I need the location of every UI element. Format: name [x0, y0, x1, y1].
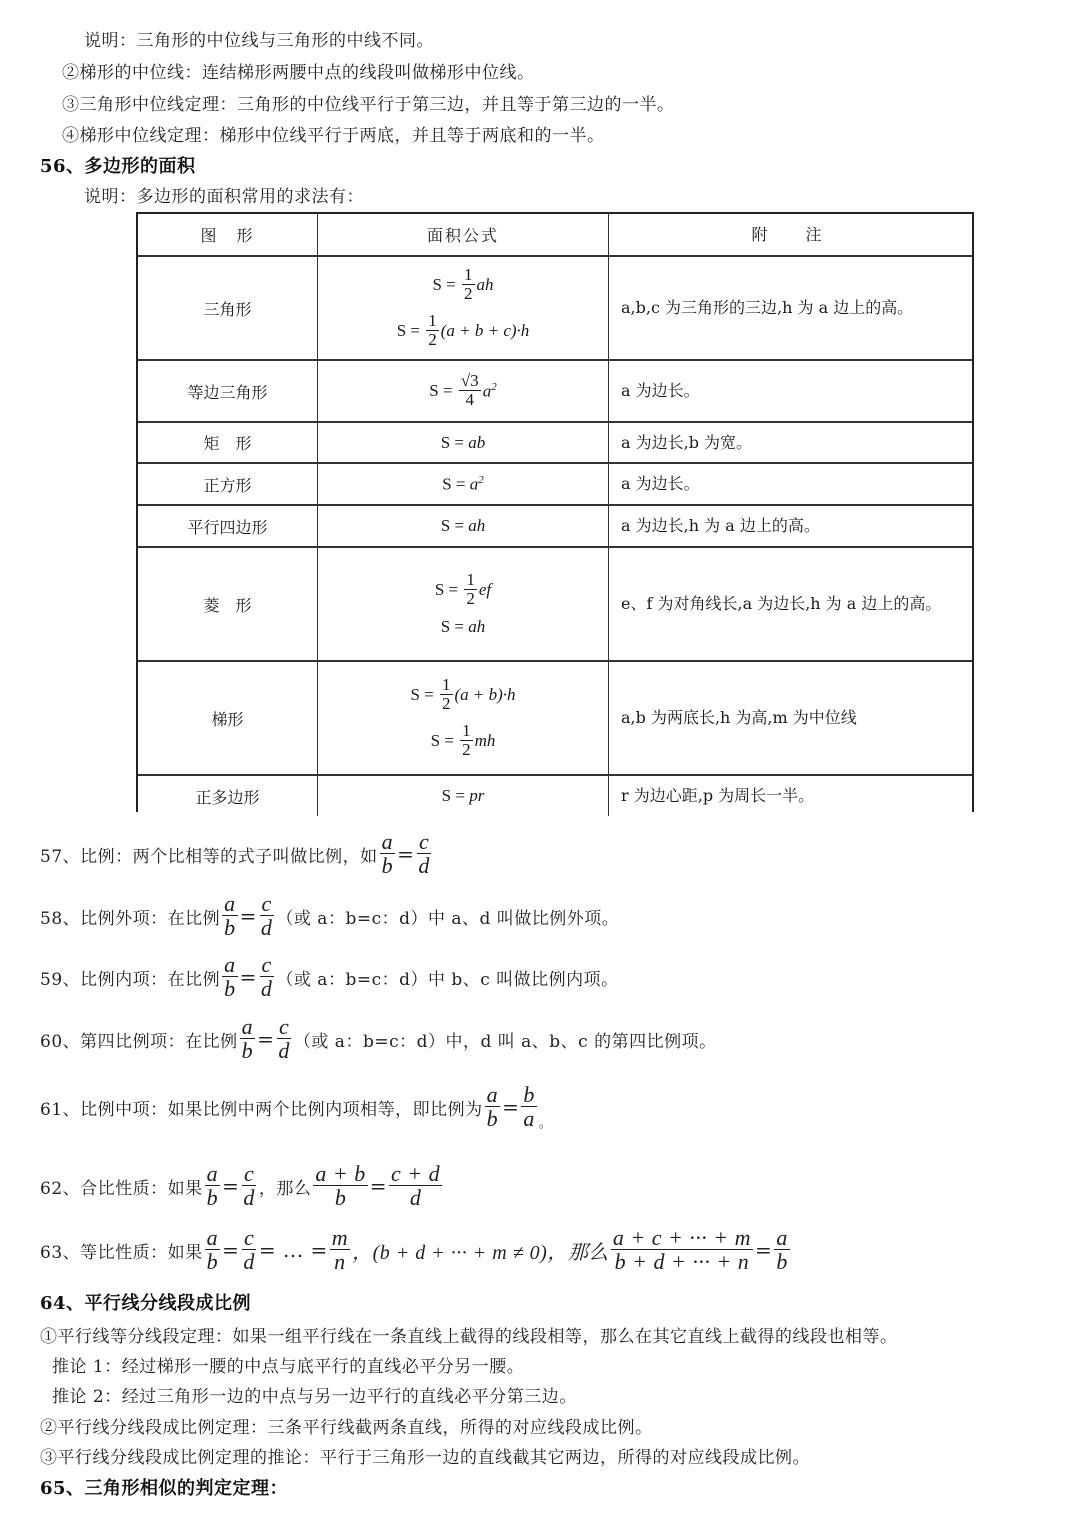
fraction-a-b: ab	[222, 892, 238, 940]
note-cell: r 为边心距,p 为周长一半。	[609, 776, 974, 816]
fraction-c-d: cd	[276, 1015, 292, 1063]
formula-cell: S = 12ef S = ah	[318, 548, 609, 660]
shape-cell: 梯形	[138, 662, 318, 774]
item-63-condition: ，(b + d + ··· + m ≠ 0)，那么	[352, 1236, 609, 1265]
fraction-m-n: mn	[330, 1226, 350, 1274]
formula-line: S = 12ah	[432, 266, 493, 304]
item-59-prefix: 59、比例内项：在比例	[40, 965, 220, 990]
note-cell: a,b,c 为三角形的三边,h 为 a 边上的高。	[609, 257, 974, 359]
table-row: 正方形 S = a2 a 为边长。	[138, 464, 972, 506]
proportional-segments-corollary: ③平行线分线段成比例定理的推论：平行于三角形一边的直线截其它两边，所得的对应线段…	[40, 1443, 810, 1468]
trapezoid-midline-theorem: ④梯形中位线定理：梯形中位线平行于两底，并且等于两底和的一半。	[62, 121, 605, 146]
item-62-componendo: 62、合比性质：如果 ab = cd ，那么 a + bb = c + dd	[40, 1162, 444, 1210]
item-61-suffix: 。	[539, 1112, 553, 1131]
item-62-mid: ，那么	[259, 1174, 312, 1199]
fraction-b-a: ba	[521, 1083, 537, 1131]
shape-cell: 正方形	[138, 464, 318, 504]
formula-line: S = 12mh	[431, 722, 496, 760]
section-56-title: 56、多边形的面积	[40, 152, 196, 178]
header-formula: 面积公式	[318, 214, 609, 255]
fraction-c-d: cd	[259, 892, 275, 940]
item-59-suffix: （或 a：b=c：d）中 b、c 叫做比例内项。	[276, 965, 618, 990]
formula-cell: S = ah	[318, 506, 609, 546]
table-row: 平行四边形 S = ah a 为边长,h 为 a 边上的高。	[138, 506, 972, 548]
header-note: 附 注	[609, 214, 974, 255]
table-row: 梯形 S = 12(a + b)·h S = 12mh a,b 为两底长,h 为…	[138, 662, 972, 776]
item-58-extremes: 58、比例外项：在比例 ab = cd （或 a：b=c：d）中 a、d 叫做比…	[40, 892, 619, 940]
table-row: 三角形 S = 12ah S = 12(a + b + c)·h a,b,c 为…	[138, 257, 972, 361]
formula-line: S = 12ef	[435, 571, 491, 609]
fraction-a-b: ab	[222, 953, 238, 1001]
table-row: 等边三角形 S = √34a2 a 为边长。	[138, 361, 972, 423]
item-57-proportion: 57、比例：两个比相等的式子叫做比例，如 ab = cd	[40, 830, 434, 878]
section-64-title: 64、平行线分线段成比例	[40, 1289, 251, 1315]
formula-cell: S = √34a2	[318, 361, 609, 421]
item-60-fourth-proportional: 60、第四比例项：在比例 ab = cd （或 a：b=c：d）中，d 叫 a、…	[40, 1015, 717, 1063]
fraction-sum-numerators-over-sum-denominators: a + c + ··· + mb + d + ··· + n	[611, 1226, 753, 1274]
table-row: 正多边形 S = pr r 为边心距,p 为周长一半。	[138, 776, 972, 816]
item-61-prefix: 61、比例中项：如果比例中两个比例内项相等，即比例为	[40, 1095, 483, 1120]
formula-cell: S = ab	[318, 423, 609, 462]
formula-cell: S = 12ah S = 12(a + b + c)·h	[318, 257, 609, 359]
corollary-2: 推论 2：经过三角形一边的中点与另一边平行的直线必平分第三边。	[52, 1382, 577, 1407]
formula-line: S = 12(a + b)·h	[410, 676, 515, 714]
item-59-means: 59、比例内项：在比例 ab = cd （或 a：b=c：d）中 b、c 叫做比…	[40, 953, 619, 1001]
fraction-c-d: cd	[416, 830, 432, 878]
note-cell: a 为边长。	[609, 361, 974, 421]
fraction-c-d: cd	[241, 1226, 257, 1274]
fraction-c-plus-d-over-d: c + dd	[389, 1162, 442, 1210]
note-cell: a 为边长,b 为宽。	[609, 423, 974, 462]
shape-cell: 等边三角形	[138, 361, 318, 421]
item-60-prefix: 60、第四比例项：在比例	[40, 1027, 238, 1052]
shape-cell: 三角形	[138, 257, 318, 359]
shape-cell: 平行四边形	[138, 506, 318, 546]
formula-cell: S = a2	[318, 464, 609, 504]
fraction-a-b: ab	[485, 1083, 501, 1131]
item-61-mean-proportional: 61、比例中项：如果比例中两个比例内项相等，即比例为 ab = ba 。	[40, 1083, 552, 1131]
note-cell: a,b 为两底长,h 为高,m 为中位线	[609, 662, 974, 774]
triangle-midline-theorem: ③三角形中位线定理：三角形的中位线平行于第三边，并且等于第三边的一半。	[62, 90, 675, 115]
shape-cell: 菱 形	[138, 548, 318, 660]
table-header-row: 图 形 面积公式 附 注	[138, 214, 972, 257]
fraction-c-d: cd	[259, 953, 275, 1001]
table-row: 菱 形 S = 12ef S = ah e、f 为对角线长,a 为边长,h 为 …	[138, 548, 972, 662]
shape-cell: 矩 形	[138, 423, 318, 462]
item-60-suffix: （或 a：b=c：d）中，d 叫 a、b、c 的第四比例项。	[294, 1027, 717, 1052]
fraction-a-plus-b-over-b: a + bb	[313, 1162, 367, 1210]
fraction-a-b: ab	[205, 1226, 221, 1274]
item-63-equal-ratios: 63、等比性质：如果 ab = cd = ... = mn ，(b + d + …	[40, 1226, 792, 1274]
polygon-area-table: 图 形 面积公式 附 注 三角形 S = 12ah S = 12(a + b +…	[136, 212, 974, 812]
fraction-c-d: cd	[241, 1162, 257, 1210]
formula-line: S = 12(a + b + c)·h	[397, 312, 530, 350]
formula-line: S = ah	[441, 617, 486, 637]
parallel-equal-segments-theorem: ①平行线等分线段定理：如果一组平行线在一条直线上截得的线段相等，那么在其它直线上…	[40, 1322, 898, 1347]
proportional-segments-theorem: ②平行线分线段成比例定理：三条平行线截两条直线，所得的对应线段成比例。	[40, 1413, 653, 1438]
table-row: 矩 形 S = ab a 为边长,b 为宽。	[138, 423, 972, 464]
fraction-a-b: ab	[240, 1015, 256, 1063]
shape-cell: 正多边形	[138, 776, 318, 816]
item-58-prefix: 58、比例外项：在比例	[40, 904, 220, 929]
note-cell: a 为边长,h 为 a 边上的高。	[609, 506, 974, 546]
item-58-suffix: （或 a：b=c：d）中 a、d 叫做比例外项。	[276, 904, 619, 929]
item-62-prefix: 62、合比性质：如果	[40, 1174, 203, 1199]
formula-cell: S = 12(a + b)·h S = 12mh	[318, 662, 609, 774]
trapezoid-midline-definition: ②梯形的中位线：连结梯形两腰中点的线段叫做梯形中位线。	[62, 58, 535, 83]
fraction-a-b: ab	[774, 1226, 790, 1274]
fraction-a-b: ab	[380, 830, 396, 878]
header-shape: 图 形	[138, 214, 318, 255]
note-cell: a 为边长。	[609, 464, 974, 504]
fraction-a-b: ab	[205, 1162, 221, 1210]
item-63-prefix: 63、等比性质：如果	[40, 1238, 203, 1263]
section-65-title: 65、三角形相似的判定定理：	[40, 1474, 288, 1500]
item-57-text: 57、比例：两个比相等的式子叫做比例，如	[40, 842, 378, 867]
corollary-1: 推论 1：经过梯形一腰的中点与底平行的直线必平分另一腰。	[52, 1352, 524, 1377]
formula-cell: S = pr	[318, 776, 609, 816]
note-cell: e、f 为对角线长,a 为边长,h 为 a 边上的高。	[609, 548, 974, 660]
formula-line: S = √34a2	[429, 372, 496, 410]
note-midline-difference: 说明：三角形的中位线与三角形的中线不同。	[84, 26, 434, 51]
section-56-note: 说明：多边形的面积常用的求法有：	[84, 182, 364, 207]
